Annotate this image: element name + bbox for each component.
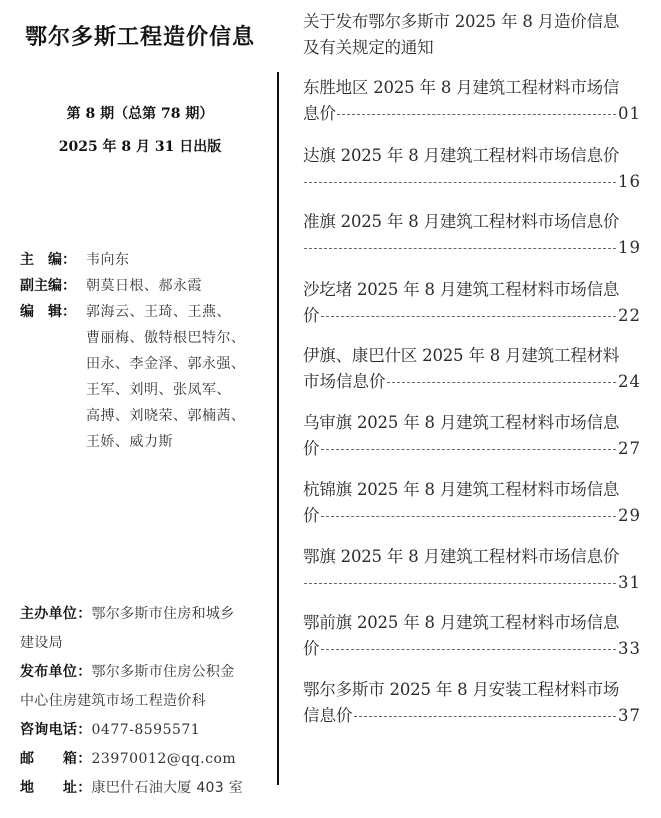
email-label: 邮 箱： [20, 751, 92, 767]
toc-item-shagedu[interactable]: 沙圪堵 2025 年 8 月建筑工程材料市场信息 价 22 [303, 277, 641, 329]
toc-item-last-line: 31 [303, 570, 641, 596]
toc-item-title: 鄂旗 2025 年 8 月建筑工程材料市场信息价 [303, 544, 641, 570]
toc-page-number: 37 [618, 703, 641, 729]
dotted-leader [321, 448, 617, 450]
toc-page-number: 22 [618, 303, 641, 329]
dotted-leader [304, 181, 616, 183]
toc-item-last-line: 信息价 37 [303, 703, 641, 729]
toc-item-last-line: 价 22 [303, 303, 641, 329]
sponsor-label: 主办单位： [20, 606, 92, 622]
toc-page-number: 27 [618, 436, 641, 462]
sponsor-value-cont: 建设局 [20, 635, 63, 651]
publisher-row: 发布单位：鄂尔多斯市住房公积金 [20, 658, 270, 687]
dotted-leader [321, 315, 617, 317]
toc-item-title-cont: 信息价 [303, 703, 353, 729]
dotted-leader [321, 648, 617, 650]
toc-item-title-cont: 价 [303, 636, 320, 662]
sponsor-value: 鄂尔多斯市住房和城乡 [92, 606, 235, 622]
publish-date: 2025 年 8 月 31 日出版 [0, 136, 280, 156]
phone-value: 0477-8595571 [92, 722, 201, 738]
address-label: 地 址： [20, 780, 92, 796]
toc-item-title: 达旗 2025 年 8 月建筑工程材料市场信息价 [303, 143, 641, 169]
toc-page-number: 29 [618, 503, 641, 529]
dotted-leader [354, 715, 617, 717]
toc-item-title: 乌审旗 2025 年 8 月建筑工程材料市场信息 [303, 410, 641, 436]
toc-item-title-cont: 价 [303, 503, 320, 529]
issue-number: 第 8 期（总第 78 期） [0, 103, 280, 123]
editorial-staff: 主 编： 韦向东 副主编： 朝莫日根、郝永霞 编 辑： 郭海云、王琦、王燕、 曹… [20, 247, 270, 455]
column-divider [277, 72, 279, 785]
chief-editor-row: 主 编： 韦向东 [20, 247, 270, 273]
toc-item-title: 鄂尔多斯市 2025 年 8 月安装工程材料市场 [303, 677, 641, 703]
toc-page-number: 19 [618, 235, 641, 261]
chief-editor-name: 韦向东 [86, 247, 270, 273]
publisher-label: 发布单位： [20, 664, 92, 680]
toc-item-title-cont: 息价 [303, 101, 336, 127]
editors-line: 高搏、刘晓荣、郭楠茜、 [86, 403, 270, 429]
toc-page-number: 31 [618, 570, 641, 596]
editors-line: 王军、刘明、张凤军、 [86, 377, 270, 403]
organization-info: 主办单位：鄂尔多斯市住房和城乡 建设局 发布单位：鄂尔多斯市住房公积金 中心住房… [20, 600, 270, 803]
editors-label: 编 辑： [20, 299, 86, 455]
toc-item-daqi[interactable]: 达旗 2025 年 8 月建筑工程材料市场信息价 16 [303, 143, 641, 195]
document-page: 鄂尔多斯工程造价信息 第 8 期（总第 78 期） 2025 年 8 月 31 … [0, 0, 661, 818]
toc-item-eqianqi[interactable]: 鄂前旗 2025 年 8 月建筑工程材料市场信息 价 33 [303, 610, 641, 662]
phone-row: 咨询电话：0477-8595571 [20, 716, 270, 745]
publication-title: 鄂尔多斯工程造价信息 [0, 20, 280, 51]
toc-item-installation[interactable]: 鄂尔多斯市 2025 年 8 月安装工程材料市场 信息价 37 [303, 677, 641, 729]
toc-item-title-cont: 及有关规定的通知 [303, 35, 641, 61]
phone-label: 咨询电话： [20, 722, 92, 738]
deputy-editor-row: 副主编： 朝莫日根、郝永霞 [20, 273, 270, 299]
toc-item-title: 鄂前旗 2025 年 8 月建筑工程材料市场信息 [303, 610, 641, 636]
dotted-leader [337, 113, 616, 115]
address-row: 地 址：康巴什石油大厦 403 室 [20, 774, 270, 803]
toc-item-title: 关于发布鄂尔多斯市 2025 年 8 月造价信息 [303, 9, 641, 35]
toc-item-zhunqi[interactable]: 准旗 2025 年 8 月建筑工程材料市场信息价 19 [303, 209, 641, 261]
toc-item-eqi[interactable]: 鄂旗 2025 年 8 月建筑工程材料市场信息价 31 [303, 544, 641, 596]
dotted-leader [304, 247, 616, 249]
toc-item-title: 东胜地区 2025 年 8 月建筑工程材料市场信 [303, 75, 641, 101]
toc-item-last-line: 息价 01 [303, 101, 641, 127]
deputy-editor-label: 副主编： [20, 273, 86, 299]
toc-page-number: 33 [618, 636, 641, 662]
publisher-row-cont: 中心住房建筑市场工程造价科 [20, 687, 270, 716]
toc-item-last-line: 价 33 [303, 636, 641, 662]
sponsor-row-cont: 建设局 [20, 629, 270, 658]
toc-item-title: 伊旗、康巴什区 2025 年 8 月建筑工程材料 [303, 343, 641, 369]
dotted-leader [321, 515, 617, 517]
dotted-leader [387, 381, 617, 383]
toc-item-yiqi-kangbashi[interactable]: 伊旗、康巴什区 2025 年 8 月建筑工程材料 市场信息价 24 [303, 343, 641, 395]
toc-page-number: 24 [618, 369, 641, 395]
publisher-value-cont: 中心住房建筑市场工程造价科 [20, 693, 206, 709]
toc-item-title: 沙圪堵 2025 年 8 月建筑工程材料市场信息 [303, 277, 641, 303]
toc-item-last-line: 市场信息价 24 [303, 369, 641, 395]
toc-item-last-line: 价 29 [303, 503, 641, 529]
editors-row: 编 辑： 郭海云、王琦、王燕、 曹丽梅、傲特根巴特尔、 田永、李金泽、郭永强、 … [20, 299, 270, 455]
toc-item-title: 杭锦旗 2025 年 8 月建筑工程材料市场信息 [303, 477, 641, 503]
chief-editor-label: 主 编： [20, 247, 86, 273]
toc-item-last-line: 19 [303, 235, 641, 261]
toc-item-dongsheng[interactable]: 东胜地区 2025 年 8 月建筑工程材料市场信 息价 01 [303, 75, 641, 127]
editors-line: 曹丽梅、傲特根巴特尔、 [86, 325, 270, 351]
toc-item-last-line: 价 27 [303, 436, 641, 462]
toc-page-number: 01 [618, 101, 641, 127]
toc-page-number: 16 [618, 169, 641, 195]
editors-value: 郭海云、王琦、王燕、 曹丽梅、傲特根巴特尔、 田永、李金泽、郭永强、 王军、刘明… [86, 299, 270, 455]
toc-item-title-cont: 市场信息价 [303, 369, 386, 395]
email-value: 23970012@qq.com [92, 751, 237, 767]
address-value: 康巴什石油大厦 403 室 [92, 780, 244, 796]
toc-item-notice[interactable]: 关于发布鄂尔多斯市 2025 年 8 月造价信息 及有关规定的通知 [303, 9, 641, 61]
chief-editor-value: 韦向东 [86, 247, 270, 273]
toc-item-hangjinqi[interactable]: 杭锦旗 2025 年 8 月建筑工程材料市场信息 价 29 [303, 477, 641, 529]
toc-item-title: 准旗 2025 年 8 月建筑工程材料市场信息价 [303, 209, 641, 235]
publisher-value: 鄂尔多斯市住房公积金 [92, 664, 235, 680]
deputy-editor-value: 朝莫日根、郝永霞 [86, 273, 270, 299]
editors-line: 王娇、威力斯 [86, 429, 270, 455]
sponsor-row: 主办单位：鄂尔多斯市住房和城乡 [20, 600, 270, 629]
toc-item-title-cont: 价 [303, 436, 320, 462]
toc-item-last-line: 16 [303, 169, 641, 195]
editors-line: 郭海云、王琦、王燕、 [86, 299, 270, 325]
toc-item-wushenqi[interactable]: 乌审旗 2025 年 8 月建筑工程材料市场信息 价 27 [303, 410, 641, 462]
deputy-editor-names: 朝莫日根、郝永霞 [86, 273, 270, 299]
toc-item-title-cont: 价 [303, 303, 320, 329]
email-row: 邮 箱：23970012@qq.com [20, 745, 270, 774]
editors-line: 田永、李金泽、郭永强、 [86, 351, 270, 377]
dotted-leader [304, 582, 616, 584]
